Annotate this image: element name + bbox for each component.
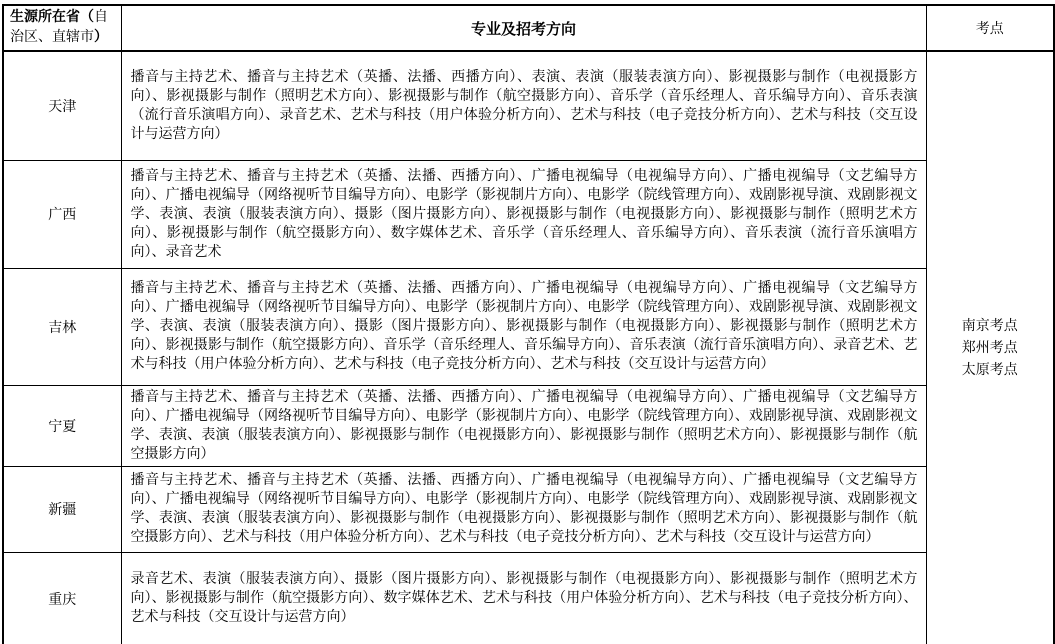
province-cell: 广西 [3,160,121,268]
exam-site-line: 太原考点 [931,360,1050,382]
exam-site-column-header: 考点 [926,5,1054,51]
document-page: 生源所在省（自治区、直辖市） 专业及招考方向 考点 天津 播音与主持艺术、播音与… [0,0,1055,644]
majors-column-header: 专业及招考方向 [121,5,926,51]
province-cell: 新疆 [3,466,121,552]
province-cell: 宁夏 [3,385,121,466]
table-row: 重庆 录音艺术、表演（服装表演方向）、摄影（图片摄影方向）、影视摄影与制作（电视… [3,552,1054,644]
majors-cell: 播音与主持艺术、播音与主持艺术（英播、法播、西播方向）、广播电视编导（电视编导方… [121,268,926,385]
exam-site-line: 南京考点 [931,316,1050,338]
province-cell: 重庆 [3,552,121,644]
province-header-bold-close: ） [94,30,108,45]
majors-cell: 播音与主持艺术、播音与主持艺术（英播、法播、西播方向）、表演、表演（服装表演方向… [121,51,926,160]
table-row: 宁夏 播音与主持艺术、播音与主持艺术（英播、法播、西播方向）、广播电视编导（电视… [3,385,1054,466]
table-row: 新疆 播音与主持艺术、播音与主持艺术（英播、法播、西播方向）、广播电视编导（电视… [3,466,1054,552]
province-header-bold-open: 生源所在省（ [10,10,94,25]
province-column-header: 生源所在省（自治区、直辖市） [3,5,121,51]
table-row: 吉林 播音与主持艺术、播音与主持艺术（英播、法播、西播方向）、广播电视编导（电视… [3,268,1054,385]
province-cell: 天津 [3,51,121,160]
majors-cell: 播音与主持艺术、播音与主持艺术（英播、法播、西播方向）、广播电视编导（电视编导方… [121,385,926,466]
province-cell: 吉林 [3,268,121,385]
majors-cell: 播音与主持艺术、播音与主持艺术（英播、法播、西播方向）、广播电视编导（电视编导方… [121,160,926,268]
exam-site-line: 郑州考点 [931,338,1050,360]
admissions-table: 生源所在省（自治区、直辖市） 专业及招考方向 考点 天津 播音与主持艺术、播音与… [2,4,1055,644]
exam-sites-cell: 南京考点 郑州考点 太原考点 [926,51,1054,644]
majors-cell: 播音与主持艺术、播音与主持艺术（英播、法播、西播方向）、广播电视编导（电视编导方… [121,466,926,552]
majors-cell: 录音艺术、表演（服装表演方向）、摄影（图片摄影方向）、影视摄影与制作（电视摄影方… [121,552,926,644]
table-header-row: 生源所在省（自治区、直辖市） 专业及招考方向 考点 [3,5,1054,51]
table-row: 广西 播音与主持艺术、播音与主持艺术（英播、法播、西播方向）、广播电视编导（电视… [3,160,1054,268]
table-row: 天津 播音与主持艺术、播音与主持艺术（英播、法播、西播方向）、表演、表演（服装表… [3,51,1054,160]
